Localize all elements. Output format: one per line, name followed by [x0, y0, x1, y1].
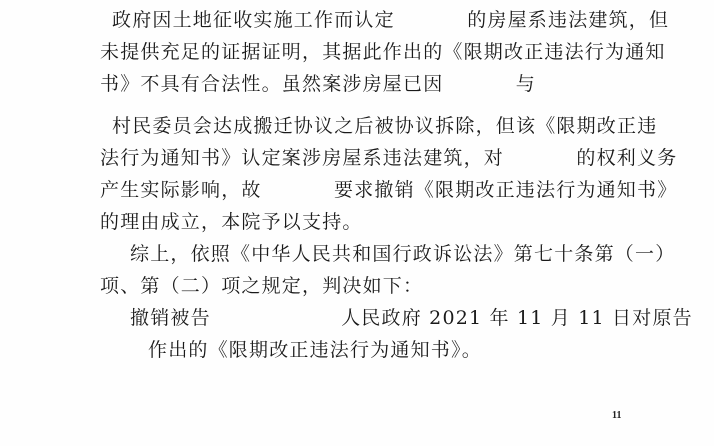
- text-line-5: 法行为通知书》认定案涉房屋系违法建筑，对 的权利义务: [100, 147, 677, 169]
- text-line-2: 未提供充足的证据证明，其据此作出的《限期改正违法行为通知: [100, 41, 666, 63]
- judgment-line-1: 撤销被告 人民政府 2021 年 11 月 11 日对原告: [130, 307, 693, 329]
- text-line-6: 产生实际影响，故 要求撤销《限期改正违法行为通知书》: [100, 179, 677, 201]
- text-line-7: 的理由成立，本院予以支持。: [100, 211, 363, 233]
- text-line-3: 书》不具有合法性。虽然案涉房屋已因 与: [100, 73, 536, 95]
- text-line-9: 项、第（二）项之规定，判决如下：: [100, 275, 423, 297]
- text-line-8: 综上，依照《中华人民共和国行政诉讼法》第七十条第（一）: [130, 243, 675, 265]
- text-line-1: 政府因土地征收实施工作而认定 的房屋系违法建筑，但: [112, 9, 669, 31]
- document-page: 政府因土地征收实施工作而认定 的房屋系违法建筑，但 未提供充足的证据证明，其据此…: [0, 0, 714, 446]
- judgment-line-2: 作出的《限期改正违法行为通知书》。: [148, 339, 482, 361]
- text-line-4: 村民委员会达成搬迁协议之后被协议拆除，但该《限期改正违: [112, 115, 657, 137]
- page-number: 11: [612, 410, 621, 421]
